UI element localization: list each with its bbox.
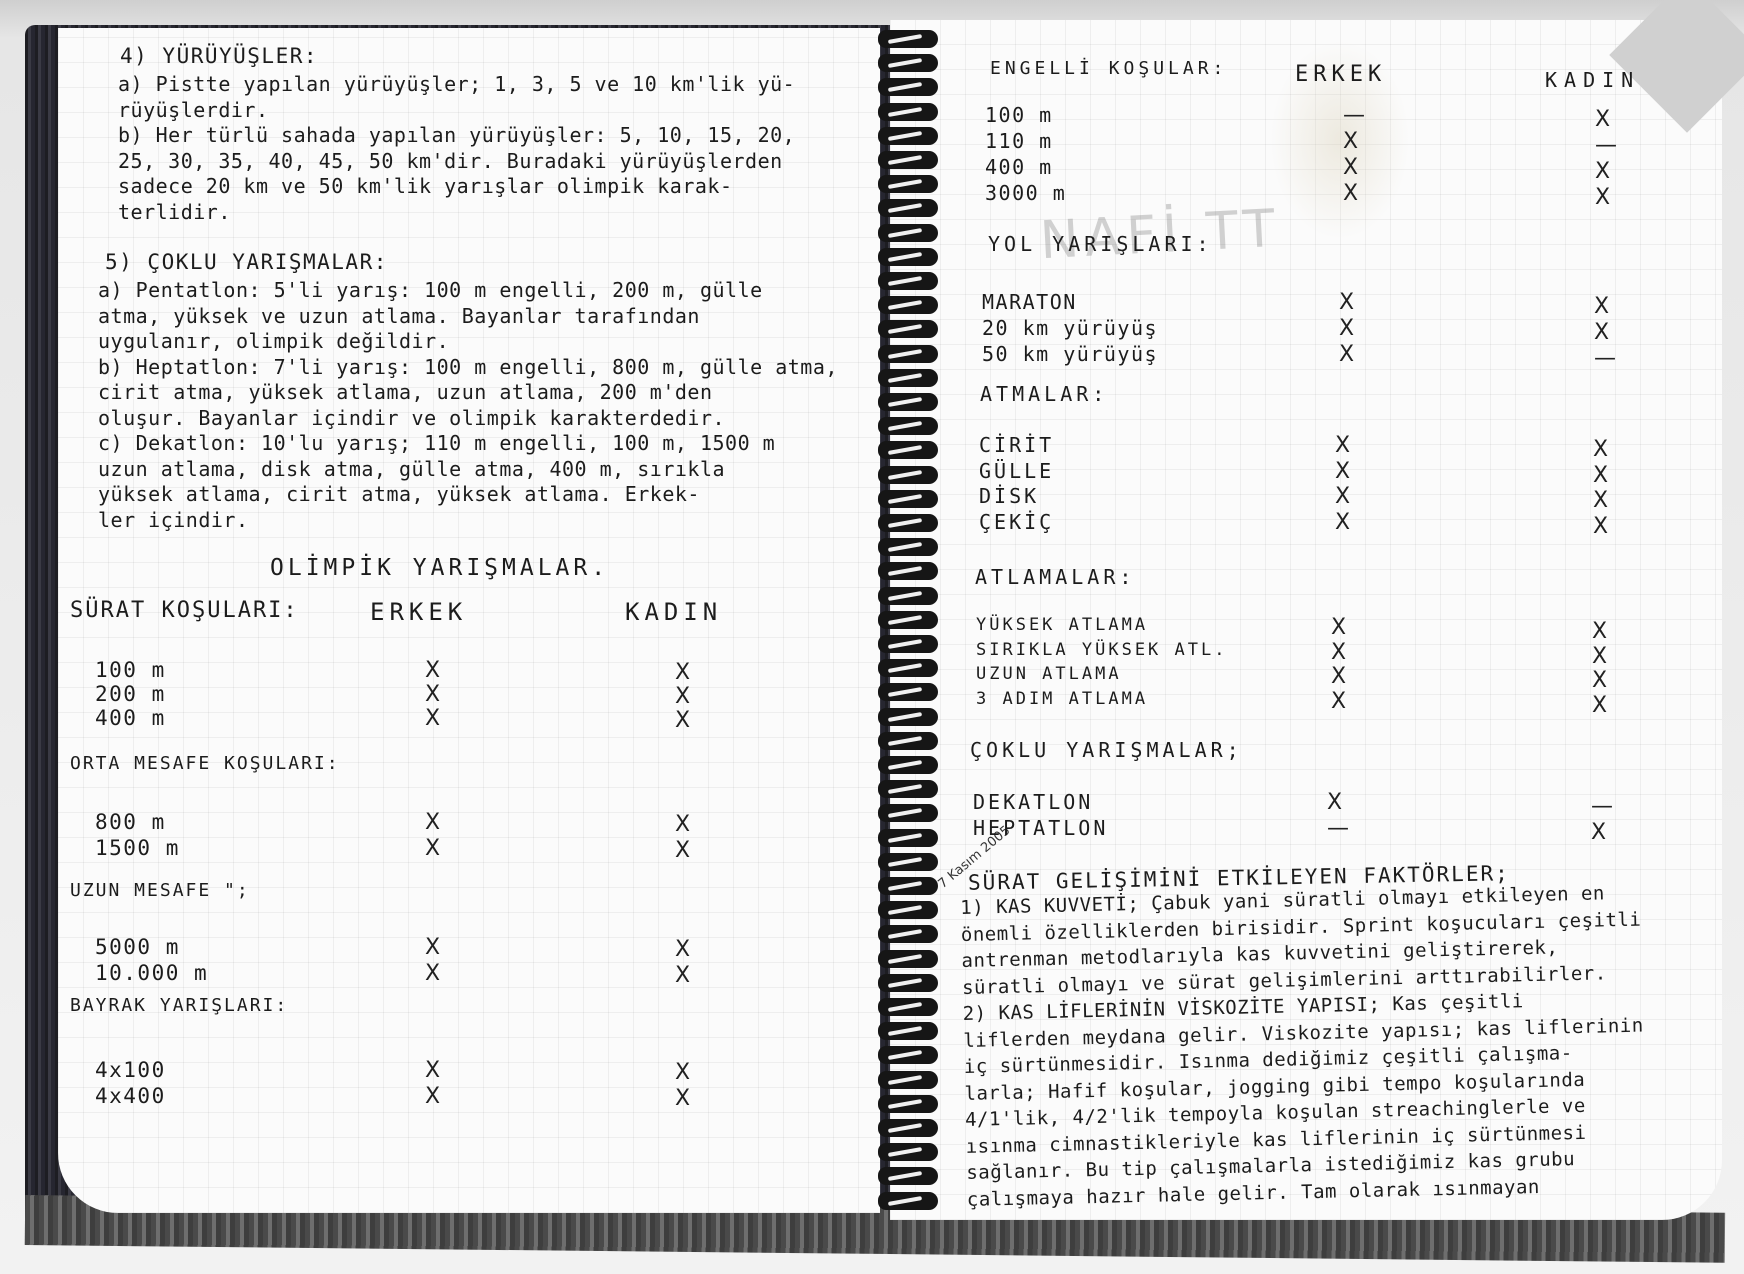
men-mark: X — [1343, 129, 1358, 154]
men-mark: X — [1331, 689, 1346, 714]
text-line: atma, yüksek ve uzun atlama. Bayanlar ta… — [98, 304, 838, 330]
spiral-coil — [878, 901, 938, 919]
spiral-coil — [878, 780, 938, 798]
men-mark: X — [425, 935, 440, 960]
men-mark: X — [425, 682, 440, 707]
text-line: b) Her türlü sahada yapılan yürüyüşler: … — [118, 123, 795, 149]
men-mark: X — [1343, 155, 1358, 180]
spiral-coil — [878, 78, 938, 96]
spiral-coil — [878, 224, 938, 242]
men-mark: X — [425, 836, 440, 861]
women-mark: — — [1594, 346, 1616, 371]
men-mark: X — [1331, 640, 1346, 665]
women-mark: X — [1591, 820, 1606, 845]
spiral-coil — [878, 345, 938, 363]
women-mark: — — [1595, 133, 1617, 158]
group-title: ORTA MESAFE KOŞULARI: — [70, 753, 340, 774]
text-line: b) Heptatlon: 7'li yarış: 100 m engelli,… — [98, 355, 838, 381]
spiral-coil — [878, 393, 938, 411]
event-name: 4x100 — [95, 1058, 166, 1082]
men-mark: X — [1327, 790, 1342, 815]
spiral-coil — [878, 1046, 938, 1064]
spiral-coil — [878, 1095, 938, 1113]
spiral-coil — [878, 127, 938, 145]
spiral-coil — [878, 974, 938, 992]
event-name: UZUN ATLAMA — [976, 664, 1122, 684]
event-name: DEKATLON — [973, 790, 1093, 814]
spiral-coil — [878, 199, 938, 217]
spiral-coil — [878, 659, 938, 677]
event-name: 20 km yürüyüş — [982, 316, 1158, 340]
spiral-coil — [878, 1071, 938, 1089]
women-mark: X — [675, 1060, 690, 1085]
men-mark: X — [1331, 615, 1346, 640]
spiral-coil — [878, 490, 938, 508]
spiral-coil — [878, 272, 938, 290]
event-name: 110 m — [985, 129, 1053, 153]
spiral-coil — [878, 514, 938, 532]
event-name: ÇEKİÇ — [979, 510, 1054, 534]
spiral-coil — [878, 296, 938, 314]
men-mark: X — [1339, 342, 1354, 367]
text-line: uygulanır, olimpik değildir. — [98, 329, 838, 355]
event-name: GÜLLE — [979, 459, 1054, 483]
women-mark: — — [1591, 794, 1613, 819]
women-mark: X — [675, 838, 690, 863]
spiral-coil — [878, 829, 938, 847]
event-name: 1500 m — [95, 836, 180, 860]
women-mark: X — [1595, 159, 1610, 184]
men-mark: X — [1339, 290, 1354, 315]
women-mark: X — [675, 963, 690, 988]
event-name: 3 ADIM ATLAMA — [976, 689, 1148, 709]
text-line: c) Dekatlon: 10'lu yarış; 110 m engelli,… — [98, 431, 838, 457]
event-name: 100 m — [985, 103, 1053, 127]
men-mark: X — [425, 810, 440, 835]
men-mark: X — [1335, 459, 1350, 484]
men-mark: X — [1335, 484, 1350, 509]
event-name: 400 m — [95, 706, 166, 730]
event-name: SIRIKLA YÜKSEK ATL. — [976, 640, 1227, 660]
event-name: DİSK — [979, 484, 1039, 508]
men-mark: X — [1335, 433, 1350, 458]
event-name: MARATON — [982, 290, 1077, 314]
women-mark: X — [675, 812, 690, 837]
text-line: terlidir. — [118, 200, 795, 226]
event-name: 800 m — [95, 810, 166, 834]
column-header-women: KADIN — [625, 598, 722, 626]
men-mark: X — [425, 961, 440, 986]
spiral-coil — [878, 1143, 938, 1161]
section4-text: a) Pistte yapılan yürüyüşler; 1, 3, 5 ve… — [118, 72, 795, 225]
section5-title: 5) ÇOKLU YARIŞMALAR: — [105, 250, 388, 274]
column-header-men: ERKEK — [370, 598, 467, 626]
spiral-coil — [878, 1022, 938, 1040]
event-name: 100 m — [95, 658, 166, 682]
event-name: CİRİT — [979, 433, 1054, 457]
group-title: YOL YARIŞLARI: — [988, 232, 1213, 256]
column-header-women: KADIN — [1545, 68, 1640, 92]
text-line: uzun atlama, disk atma, gülle atma, 400 … — [98, 457, 838, 483]
spiral-coil — [878, 54, 938, 72]
women-mark: X — [1594, 294, 1609, 319]
spiral-coil — [878, 877, 938, 895]
event-name: 400 m — [985, 155, 1053, 179]
women-mark: X — [1593, 514, 1608, 539]
spiral-coil — [878, 466, 938, 484]
men-mark: — — [1327, 816, 1349, 841]
spiral-coil — [878, 853, 938, 871]
text-line: ler içindir. — [98, 508, 838, 534]
event-name: 5000 m — [95, 935, 180, 959]
section5-text: a) Pentatlon: 5'li yarış: 100 m engelli,… — [98, 278, 838, 533]
group-title: UZUN MESAFE "; — [70, 880, 250, 901]
spiral-coil — [878, 103, 938, 121]
column-header-men: ERKEK — [1295, 62, 1386, 87]
women-mark: X — [1592, 693, 1607, 718]
men-mark: X — [1343, 181, 1358, 206]
group-title: ENGELLİ KOŞULAR: — [990, 58, 1227, 79]
spiral-coil — [878, 1192, 938, 1210]
women-mark: X — [1593, 488, 1608, 513]
spiral-coil — [878, 1119, 938, 1137]
women-mark: X — [1593, 463, 1608, 488]
spiral-coil — [878, 683, 938, 701]
text-line: sadece 20 km ve 50 km'lik yarışlar olimp… — [118, 174, 795, 200]
group-title: ATMALAR: — [980, 382, 1108, 406]
men-mark: — — [1343, 103, 1365, 128]
men-mark: X — [425, 1084, 440, 1109]
spiral-coil — [878, 1167, 938, 1185]
women-mark: X — [675, 708, 690, 733]
event-name: YÜKSEK ATLAMA — [976, 615, 1148, 635]
spiral-coil — [878, 732, 938, 750]
text-line: a) Pentatlon: 5'li yarış: 100 m engelli,… — [98, 278, 838, 304]
spiral-coil — [878, 950, 938, 968]
women-mark: X — [675, 684, 690, 709]
spiral-coil — [878, 441, 938, 459]
spiral-coil — [878, 369, 938, 387]
women-mark: X — [675, 660, 690, 685]
group-title: SÜRAT KOŞULARI: — [70, 598, 299, 623]
event-name: 200 m — [95, 682, 166, 706]
women-mark: X — [1592, 668, 1607, 693]
women-mark: X — [1592, 619, 1607, 644]
spiral-coil — [878, 538, 938, 556]
men-mark: X — [1335, 510, 1350, 535]
text-line: yüksek atlama, cirit atma, yüksek atlama… — [98, 482, 838, 508]
women-mark: X — [1595, 185, 1610, 210]
event-name: 50 km yürüyüş — [982, 342, 1158, 366]
spiral-coil — [878, 611, 938, 629]
women-mark: X — [1592, 644, 1607, 669]
group-title: ATLAMALAR: — [975, 565, 1135, 589]
men-mark: X — [1339, 316, 1354, 341]
spiral-coil — [878, 151, 938, 169]
olympic-title: OLİMPİK YARIŞMALAR. — [270, 555, 609, 581]
women-mark: X — [675, 1086, 690, 1111]
spiral-coil — [878, 804, 938, 822]
text-line: oluşur. Bayanlar içindir ve olimpik kara… — [98, 406, 838, 432]
factors-text: 1) KAS KUVVETİ; Çabuk yani süratli olmay… — [960, 880, 1648, 1213]
spiral-coil — [878, 320, 938, 338]
men-mark: X — [425, 658, 440, 683]
section4-title: 4) YÜRÜYÜŞLER: — [120, 44, 318, 68]
spiral-coil — [878, 562, 938, 580]
text-line: cirit atma, yüksek atlama, uzun atlama, … — [98, 380, 838, 406]
event-name: 4x400 — [95, 1084, 166, 1108]
spiral-coil — [878, 30, 938, 48]
women-mark: X — [675, 937, 690, 962]
spiral-coil — [878, 248, 938, 266]
spiral-coil — [878, 756, 938, 774]
spiral-coil — [878, 635, 938, 653]
text-line: a) Pistte yapılan yürüyüşler; 1, 3, 5 ve… — [118, 72, 795, 98]
spiral-coil — [878, 175, 938, 193]
event-name: HEPTATLON — [973, 816, 1108, 840]
spiral-coil — [878, 417, 938, 435]
spiral-binding — [872, 30, 944, 1220]
text-line: rüyüşlerdir. — [118, 98, 795, 124]
men-mark: X — [425, 706, 440, 731]
spiral-coil — [878, 998, 938, 1016]
group-title: ÇOKLU YARIŞMALAR; — [970, 738, 1243, 762]
spiral-coil — [878, 708, 938, 726]
women-mark: X — [1593, 437, 1608, 462]
group-title: BAYRAK YARIŞLARI: — [70, 995, 288, 1016]
spiral-coil — [878, 925, 938, 943]
event-name: 3000 m — [985, 181, 1066, 205]
event-name: 10.000 m — [95, 961, 208, 985]
text-line: 25, 30, 35, 40, 45, 50 km'dir. Buradaki … — [118, 149, 795, 175]
men-mark: X — [425, 1058, 440, 1083]
spiral-coil — [878, 587, 938, 605]
women-mark: X — [1594, 320, 1609, 345]
men-mark: X — [1331, 664, 1346, 689]
women-mark: X — [1595, 107, 1610, 132]
